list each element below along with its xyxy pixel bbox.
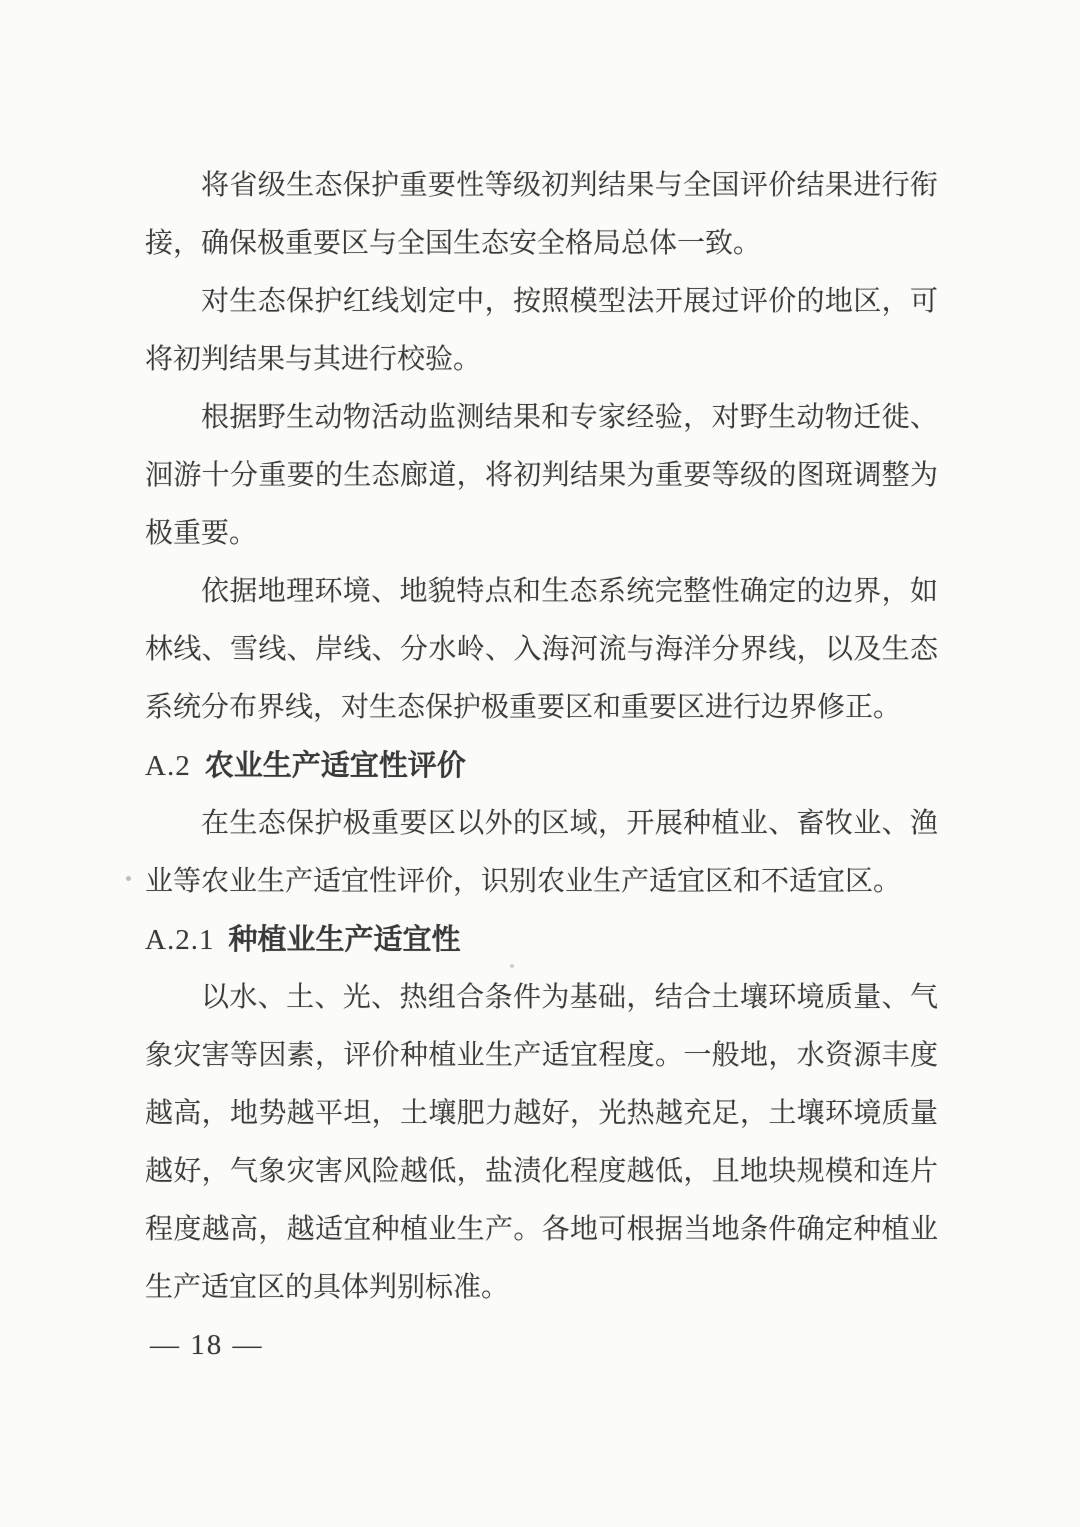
document-body: 将省级生态保护重要性等级初判结果与全国评价结果进行衔接，确保极重要区与全国生态安… bbox=[145, 157, 938, 1317]
section-title: 种植业生产适宜性 bbox=[228, 924, 460, 956]
document-page: 将省级生态保护重要性等级初判结果与全国评价结果进行衔接，确保极重要区与全国生态安… bbox=[0, 0, 1080, 1527]
section-number: A.2 bbox=[145, 750, 191, 782]
paragraph-linking-results: 将省级生态保护重要性等级初判结果与全国评价结果进行衔接，确保极重要区与全国生态安… bbox=[145, 157, 938, 273]
paragraph-wildlife-corridor: 根据野生动物活动监测结果和专家经验，对野生动物迁徙、洄游十分重要的生态廊道，将初… bbox=[145, 389, 938, 563]
page-number: — 18 — bbox=[150, 1329, 264, 1361]
paragraph-redline-verification: 对生态保护红线划定中，按照模型法开展过评价的地区，可将初判结果与其进行校验。 bbox=[145, 273, 938, 389]
section-heading-a2: A.2农业生产适宜性评价 bbox=[145, 737, 938, 795]
scan-speck bbox=[510, 964, 514, 968]
paragraph-planting-suitability-criteria: 以水、土、光、热组合条件为基础，结合土壤环境质量、气象灾害等因素，评价种植业生产… bbox=[145, 969, 938, 1317]
paragraph-agriculture-suitability-intro: 在生态保护极重要区以外的区域，开展种植业、畜牧业、渔业等农业生产适宜性评价，识别… bbox=[145, 795, 938, 911]
paragraph-boundary-correction: 依据地理环境、地貌特点和生态系统完整性确定的边界，如林线、雪线、岸线、分水岭、入… bbox=[145, 563, 938, 737]
section-number: A.2.1 bbox=[145, 924, 214, 956]
page-footer: — 18 — bbox=[150, 1316, 264, 1374]
section-title: 农业生产适宜性评价 bbox=[205, 750, 466, 782]
section-heading-a2-1: A.2.1种植业生产适宜性 bbox=[145, 911, 938, 969]
scan-speck bbox=[126, 876, 131, 881]
